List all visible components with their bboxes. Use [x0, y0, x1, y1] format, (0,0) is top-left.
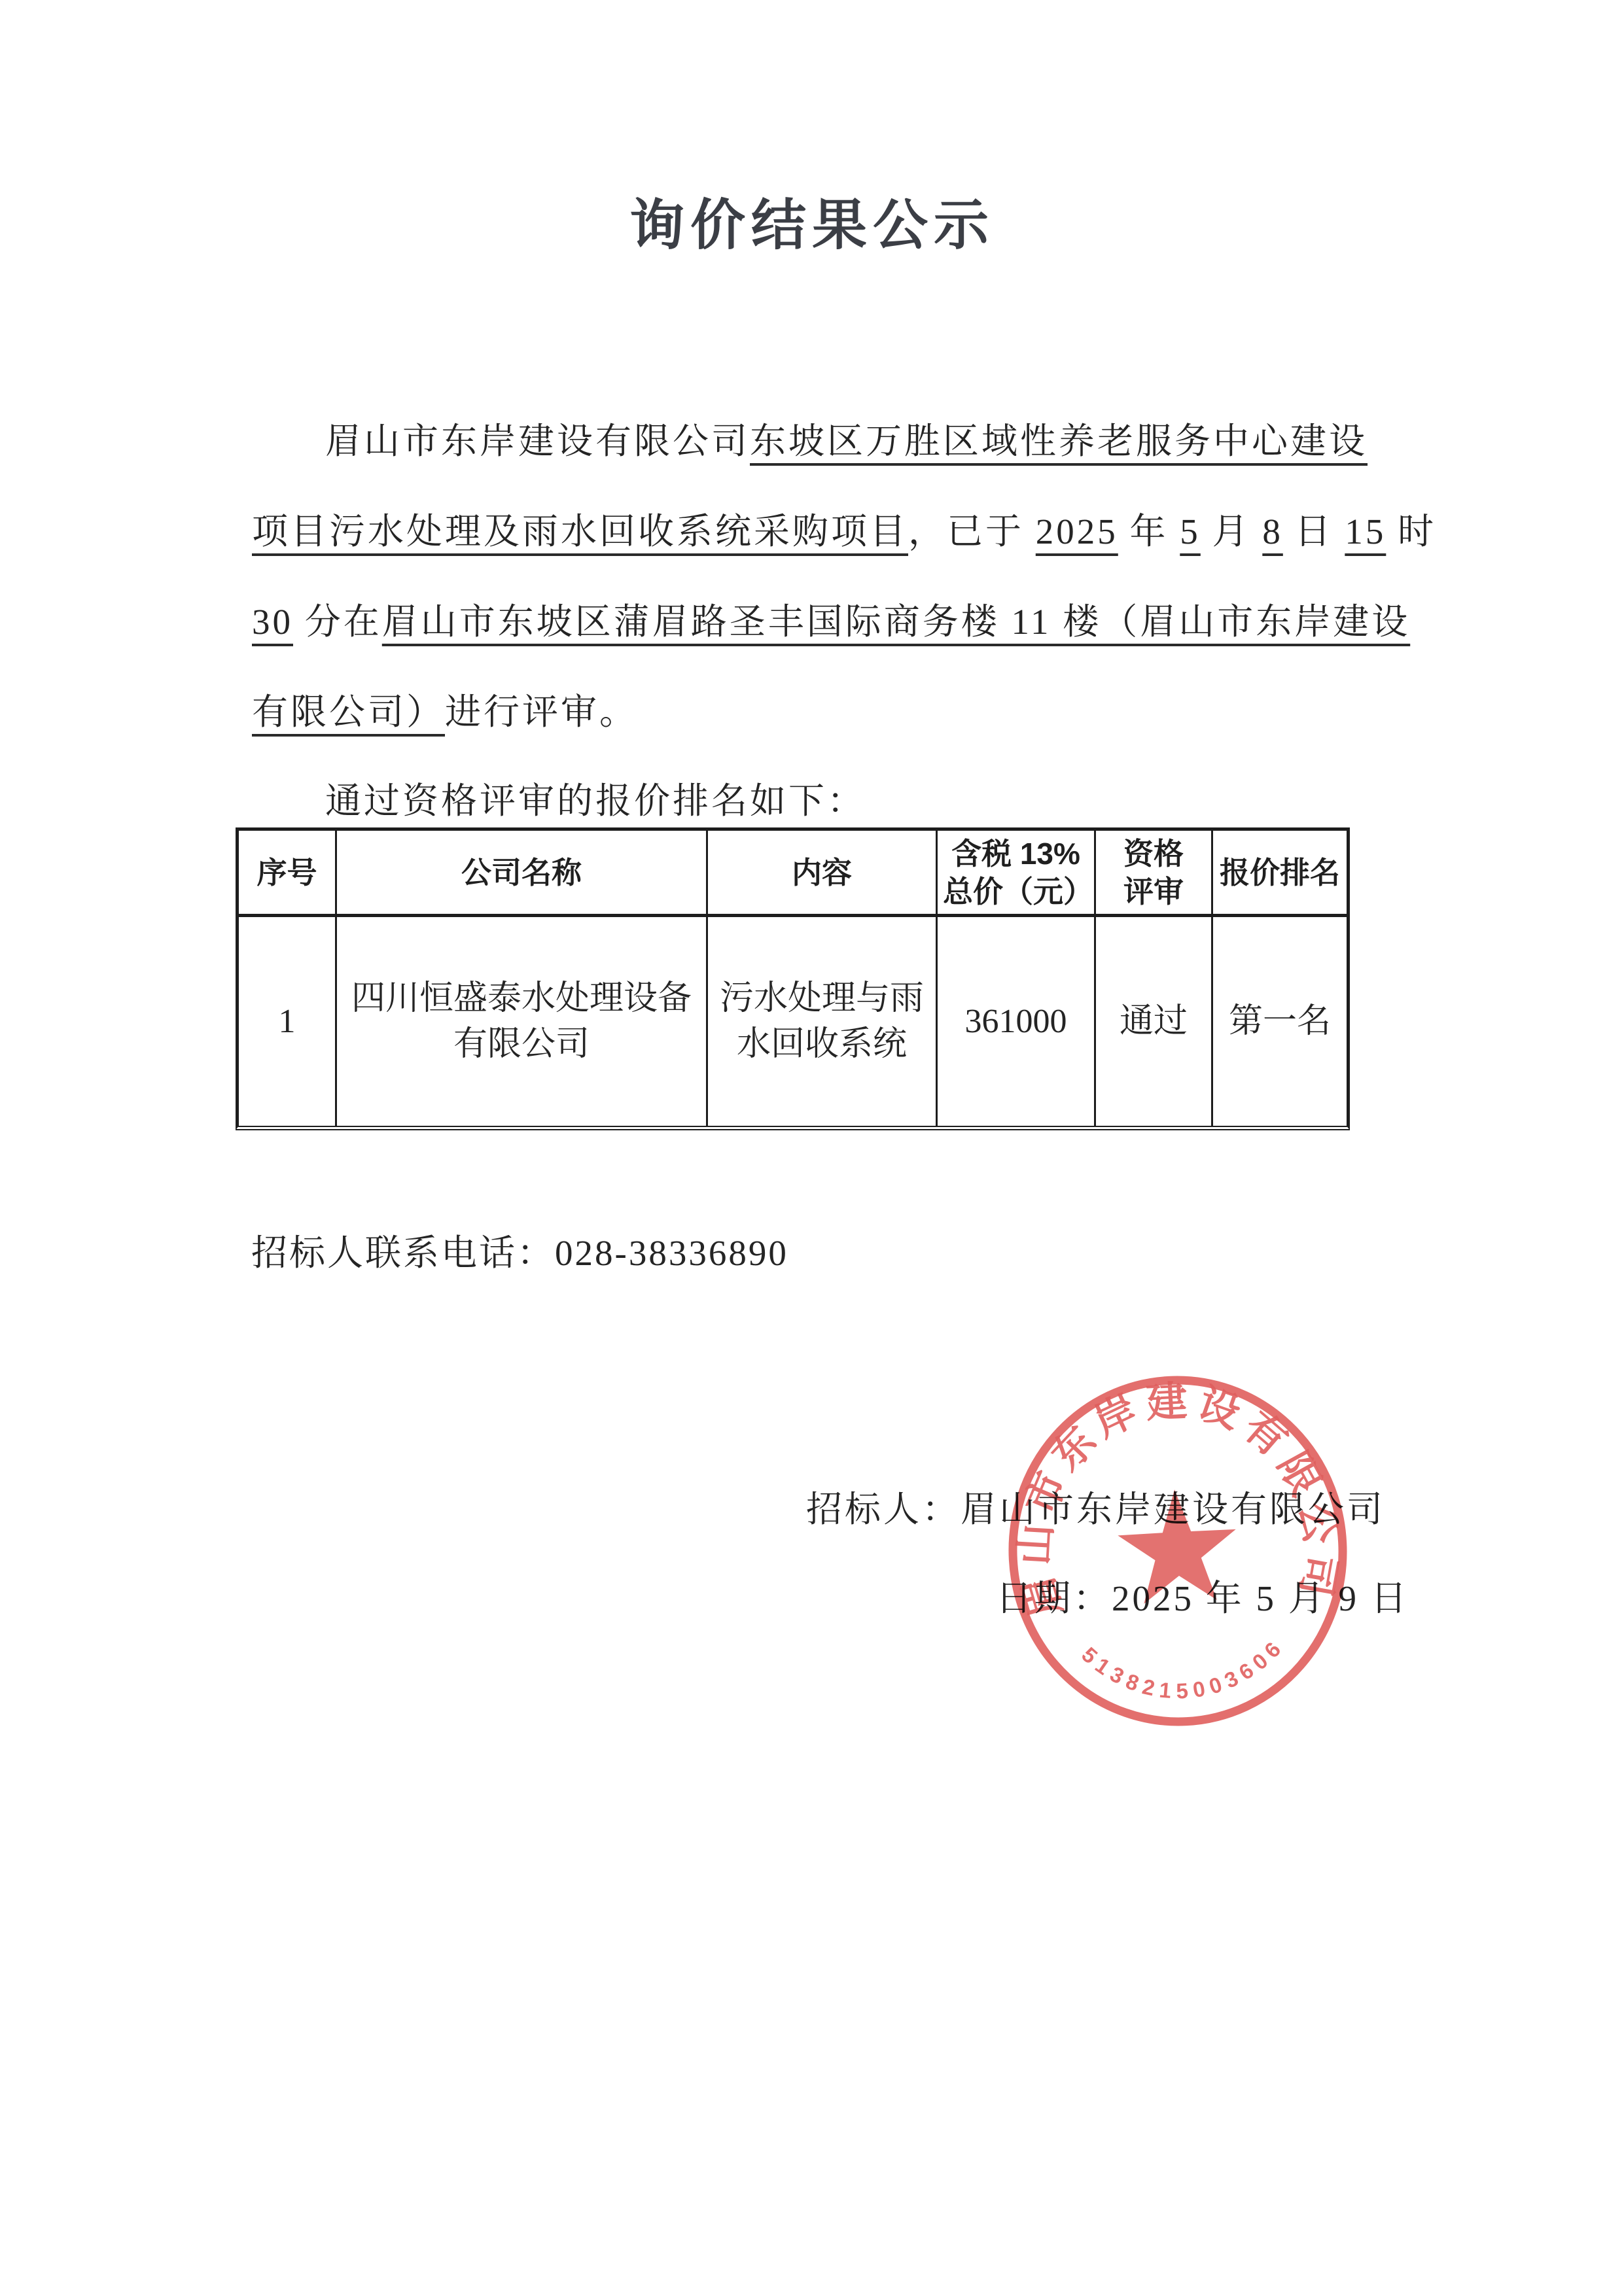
underlined-segment: 眉山市东坡区蒲眉路圣丰国际商务楼 11 楼（眉山市东岸建设: [382, 602, 1410, 642]
header-cell-no: 序号: [239, 831, 337, 917]
text-segment: 眉山市东岸建设有限公司: [325, 421, 750, 461]
header-cell-content: 内容: [708, 831, 938, 917]
text-segment: 进行评审。: [445, 692, 638, 732]
underlined-segment: 8: [1262, 512, 1283, 551]
row-cell-qualification: 通过: [1096, 917, 1213, 1126]
header-cell-company: 公司名称: [337, 831, 708, 917]
paragraph-line-4: 有限公司）进行评审。: [252, 688, 638, 737]
underlined-segment: 30: [252, 602, 293, 642]
underlined-segment: 项目污水处理及雨水回收系统采购项目: [252, 512, 908, 551]
header-cell-qualification: 资格 评审: [1096, 831, 1213, 917]
seal-star-icon: [1116, 1486, 1239, 1605]
row-cell-price: 361000: [938, 917, 1096, 1126]
underlined-segment: 东坡区万胜区域性养老服务中心建设: [750, 421, 1368, 461]
paragraph-line-3: 30 分在眉山市东坡区蒲眉路圣丰国际商务楼 11 楼（眉山市东岸建设: [252, 598, 1410, 646]
text-segment: 时: [1386, 512, 1436, 551]
company-seal: 眉山市东岸建设有限公司 5138215003606: [991, 1358, 1366, 1744]
header-cell-rank: 报价排名: [1213, 831, 1347, 917]
ranking-table: 序号 公司名称 内容 含税 13% 总价（元） 资格 评审 报价排名 1 四川恒…: [236, 827, 1350, 1130]
underlined-segment: 2025: [1036, 512, 1118, 551]
text-segment: 日: [1283, 512, 1345, 551]
underlined-segment: 有限公司）: [252, 692, 445, 732]
page-title: 询价结果公示: [0, 194, 1624, 256]
text-segment: ，已于: [908, 512, 1036, 551]
row-cell-content: 污水处理与雨水回收系统: [708, 917, 938, 1126]
paragraph-line-2: 项目污水处理及雨水回收系统采购项目，已于 2025 年 5 月 8 日 15 时: [252, 508, 1436, 556]
text-segment: 年: [1118, 512, 1180, 551]
underlined-segment: 5: [1180, 512, 1201, 551]
text-segment: 月: [1201, 512, 1263, 551]
text-segment: 分在: [293, 602, 382, 642]
bidder-phone: 招标人联系电话：028-38336890: [251, 1230, 788, 1277]
seal-graphic: 眉山市东岸建设有限公司 5138215003606: [991, 1358, 1366, 1744]
row-cell-company: 四川恒盛泰水处理设备有限公司: [337, 917, 708, 1126]
underlined-segment: 15: [1345, 512, 1386, 551]
paragraph-line-1: 眉山市东岸建设有限公司东坡区万胜区域性养老服务中心建设: [325, 417, 1368, 466]
document-page: 询价结果公示 眉山市东岸建设有限公司东坡区万胜区域性养老服务中心建设 项目污水处…: [0, 0, 1624, 2296]
row-cell-rank: 第一名: [1213, 917, 1347, 1126]
row-cell-no: 1: [239, 917, 337, 1126]
paragraph-line-5: 通过资格评审的报价排名如下：: [325, 777, 866, 826]
header-cell-price: 含税 13% 总价（元）: [938, 831, 1096, 917]
